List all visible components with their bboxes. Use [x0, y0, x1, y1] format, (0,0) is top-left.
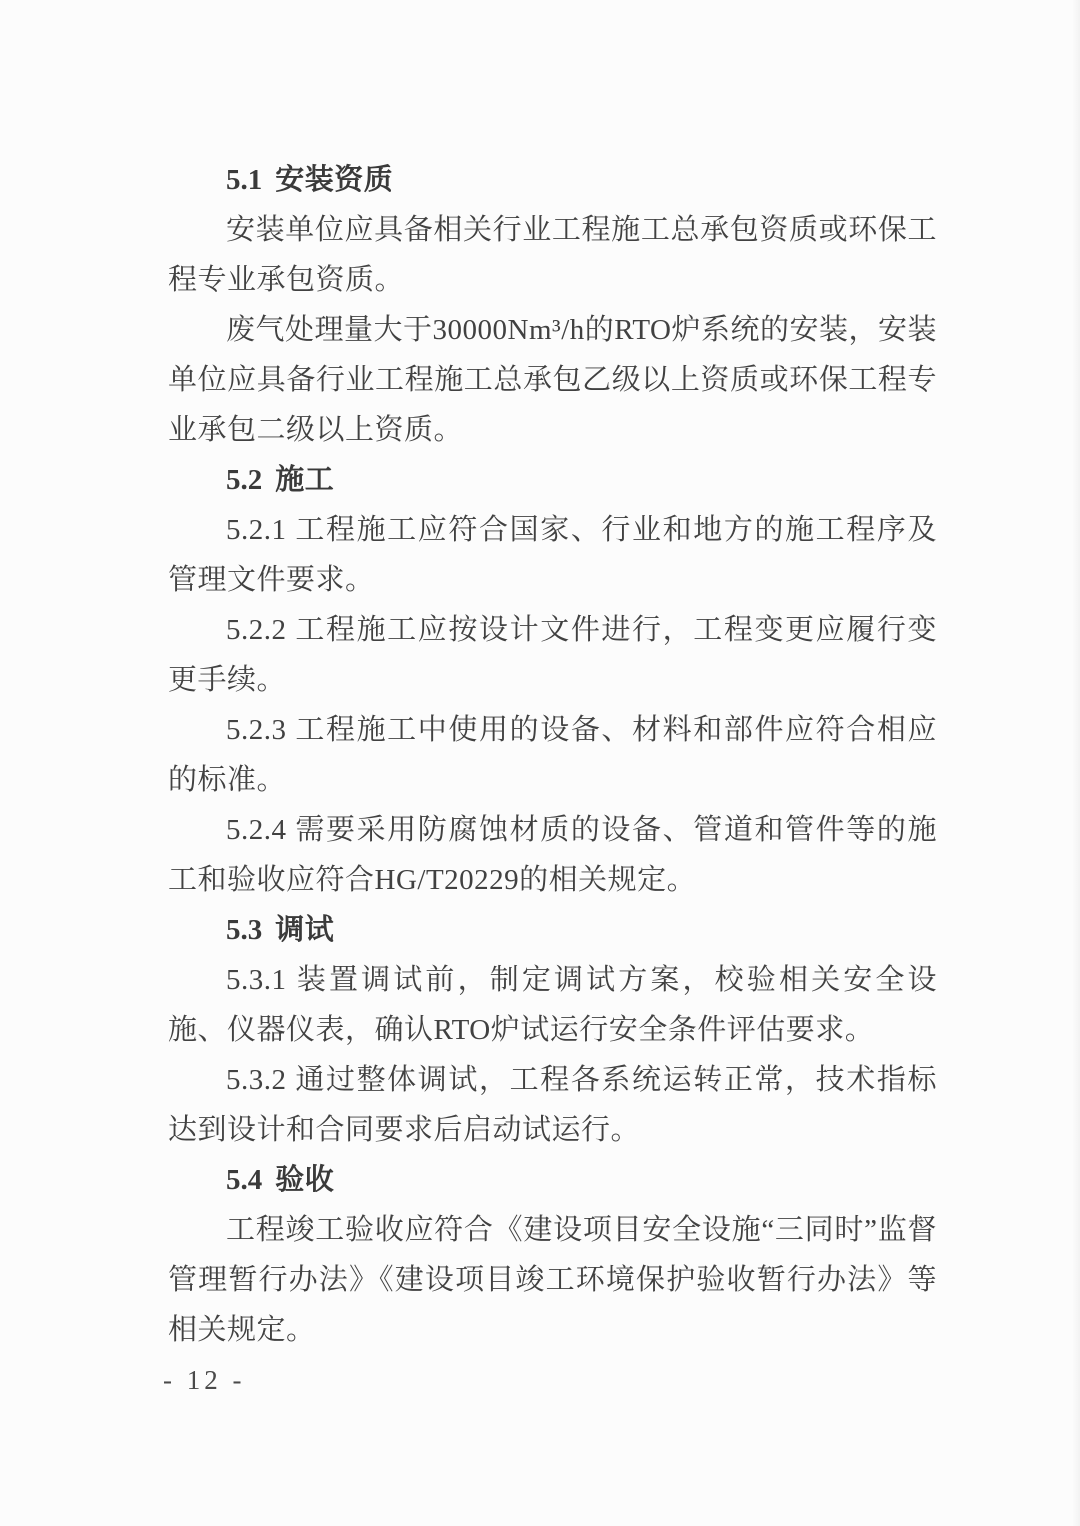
document-body: 5.1安装资质安装单位应具备相关行业工程施工总承包资质或环保工程专业承包资质。废… [168, 155, 937, 1355]
section-title: 调试 [275, 914, 334, 946]
document-page: 5.1安装资质安装单位应具备相关行业工程施工总承包资质或环保工程专业承包资质。废… [0, 0, 1080, 1526]
paragraph: 5.3.1 装置调试前，制定调试方案，校验相关安全设施、仪器仪表，确认RTO炉试… [168, 955, 937, 1055]
section-heading: 5.2施工 [168, 455, 937, 505]
section-heading: 5.3调试 [168, 905, 937, 955]
section-heading: 5.4验收 [168, 1155, 937, 1205]
section-number: 5.1 [226, 164, 262, 196]
section-number: 5.3 [226, 914, 262, 946]
paragraph: 废气处理量大于30000Nm³/h的RTO炉系统的安装，安装单位应具备行业工程施… [168, 305, 937, 455]
paragraph: 安装单位应具备相关行业工程施工总承包资质或环保工程专业承包资质。 [168, 205, 937, 305]
paragraph: 5.2.2 工程施工应按设计文件进行，工程变更应履行变更手续。 [168, 605, 937, 705]
paragraph: 5.2.4 需要采用防腐蚀材质的设备、管道和管件等的施工和验收应符合HG/T20… [168, 805, 937, 905]
paragraph: 工程竣工验收应符合《建设项目安全设施“三同时”监督管理暂行办法》《建设项目竣工环… [168, 1205, 937, 1355]
section-title: 安装资质 [275, 164, 393, 196]
section-heading: 5.1安装资质 [168, 155, 937, 205]
section-number: 5.2 [226, 464, 262, 496]
paragraph: 5.2.1 工程施工应符合国家、行业和地方的施工程序及管理文件要求。 [168, 505, 937, 605]
paragraph: 5.2.3 工程施工中使用的设备、材料和部件应符合相应的标准。 [168, 705, 937, 805]
paragraph: 5.3.2 通过整体调试，工程各系统运转正常，技术指标达到设计和合同要求后启动试… [168, 1055, 937, 1155]
section-title: 验收 [275, 1164, 334, 1196]
page-number: - 12 - [163, 1360, 245, 1400]
section-title: 施工 [275, 464, 334, 496]
section-number: 5.4 [226, 1164, 262, 1196]
